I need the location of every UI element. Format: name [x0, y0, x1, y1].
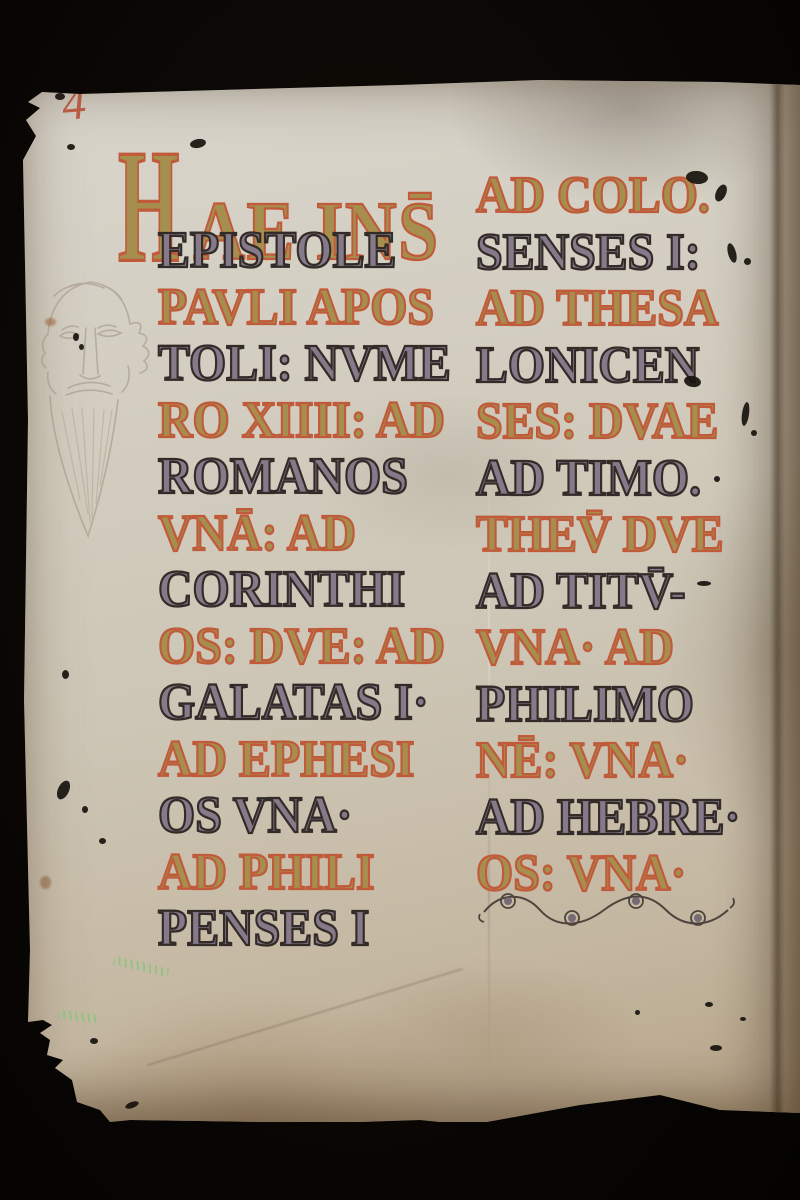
vine-scroll-flourish — [478, 888, 736, 930]
ink-spot — [55, 93, 65, 100]
manuscript-line: PHILIMO — [476, 677, 752, 734]
ink-spot — [99, 838, 106, 844]
manuscript-line: GALATAS I· — [158, 675, 452, 732]
manuscript-line: AD EPHESI — [158, 732, 452, 789]
rust-stain — [45, 318, 56, 326]
manuscript-line: AD TIMO. — [476, 451, 752, 508]
manuscript-line: CORINTHI — [158, 562, 452, 619]
ink-spot — [751, 430, 757, 436]
manuscript-line: AD HEBRE· — [476, 790, 752, 847]
manuscript-photo: { "meta": { "artifact_type": "medieval m… — [0, 0, 800, 1200]
manuscript-line: SES: DVAE — [476, 394, 752, 451]
manuscript-line: THEV̄ DVE — [476, 507, 752, 564]
manuscript-line: PENSES I — [158, 901, 452, 958]
manuscript-line: AD COLO. — [476, 168, 752, 225]
parchment-page: 4 HAE INS̄EPISTOLEPAVLI APOSTOLI: NVMERO… — [20, 76, 800, 1122]
ink-spot — [67, 144, 75, 150]
ink-spot — [90, 1038, 98, 1044]
manuscript-line: TOLI: NVME — [158, 336, 452, 393]
green-repair-stitching — [113, 955, 170, 977]
ink-spot — [82, 806, 88, 813]
ink-spot — [79, 344, 84, 350]
manuscript-line: VNĀ: AD — [158, 506, 452, 563]
ink-spot — [124, 1100, 139, 1110]
manuscript-line: OS VNA· — [158, 788, 452, 845]
rust-stain — [40, 876, 51, 889]
manuscript-line: AD PHILI — [158, 845, 452, 902]
manuscript-line: LONICEN — [476, 338, 752, 395]
ink-spot — [73, 333, 79, 341]
ink-spot — [714, 476, 720, 482]
right-text-column: AD COLO.SENSES I:AD THESALONICENSES: DVA… — [476, 168, 776, 903]
gutter-shadow — [782, 76, 800, 1122]
manuscript-line: ROMANOS — [158, 449, 452, 506]
manuscript-line: NĒ: VNA· — [476, 733, 752, 790]
manuscript-line: OS: DVE: AD — [158, 619, 452, 676]
green-repair-stitching — [58, 1009, 101, 1024]
ink-spot — [54, 779, 72, 802]
ink-spot — [62, 670, 69, 679]
ink-spot — [710, 1045, 722, 1051]
manuscript-line: SENSES I: — [476, 225, 752, 282]
folio-number: 4 — [60, 79, 88, 129]
manuscript-line: RO XIIII: AD — [158, 393, 452, 450]
ink-spot — [705, 1002, 713, 1007]
ink-spot — [740, 1017, 746, 1021]
manuscript-line: HAE INS̄ — [118, 134, 424, 223]
manuscript-line: PAVLI APOS — [158, 280, 452, 337]
ink-spot — [635, 1010, 640, 1015]
parchment-crease — [147, 968, 463, 1066]
manuscript-line: AD TITV̄- — [476, 564, 752, 621]
manuscript-line: EPISTOLE — [158, 223, 452, 280]
manuscript-line: AD THESA — [476, 281, 752, 338]
ink-spot — [744, 258, 751, 265]
ink-spot — [697, 581, 711, 586]
manuscript-line: VNA· AD — [476, 620, 752, 677]
left-text-column: HAE INS̄EPISTOLEPAVLI APOSTOLI: NVMERO X… — [118, 134, 478, 958]
